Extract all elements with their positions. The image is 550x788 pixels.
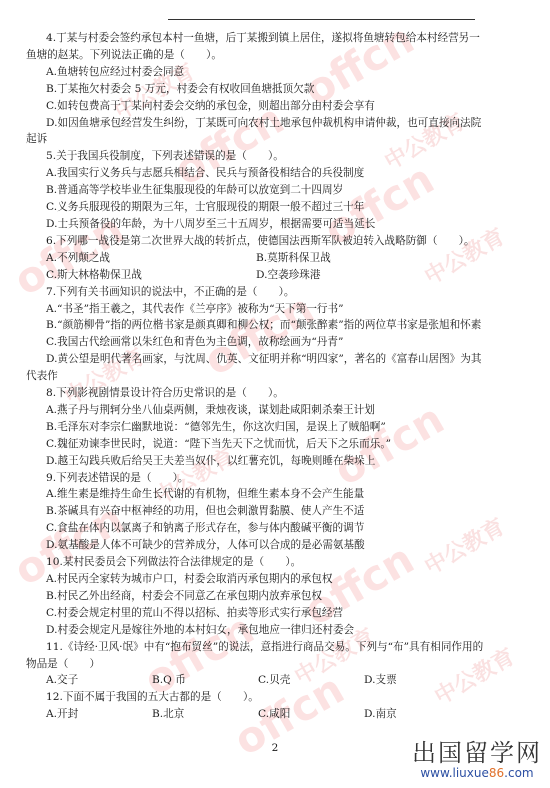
option-d: D.空袭珍珠港 [256,267,466,284]
question-11: 11.《诗经·卫风·氓》中有“抱布贸丝”的说法，意指进行商品交易。下列与“布”具… [26,639,484,690]
option-a: A.开封 [46,706,152,723]
option-b: B.北京 [152,706,258,723]
option-b: B.村民乙外出经商，村委会不同意乙在承包期内放弃承包权 [26,588,484,605]
option-d: D.氨基酸是人体不可缺少的营养成分，人体可以合成的是必需氨基酸 [26,537,484,554]
site-logo[interactable]: 出国留学网 www.liuxue86.com [412,740,542,780]
option-c: C.食盐在体内以氯离子和钠离子形式存在，参与体内酸碱平衡的调节 [26,520,484,537]
question-stem: 12.下面不属于我国的五大古都的是（ ）。 [26,689,484,706]
option-b: B.“颜筋柳骨”指的两位楷书家是颜真卿和柳公权；而“颠张醉素”指的两位草书家是张… [26,317,484,334]
option-b: B.毛泽东对李宗仁幽默地说：“德邻先生，你这次归国，是误上了贼船啊” [26,419,484,436]
question-4: 4.丁某与村委会签约承包本村一鱼塘，后丁某搬到镇上居住，遂拟将鱼塘转包给本村经营… [26,30,484,148]
option-d: D.越王勾践兵败后给吴王夫差当奴仆，以红薯充饥，每晚则睡在柴垛上 [26,453,484,470]
option-d: D.南京 [364,706,470,723]
question-8: 8.下列影视剧情景设计符合历史常识的是（ ）。 A.燕子丹与荆轲分坐八仙桌两侧，… [26,385,484,470]
logo-url: www.liuxue86.com [412,766,542,780]
question-6: 6.下列哪一战役是第二次世界大战的转折点，使德国法西斯军队被迫转入战略防御（ ）… [26,233,484,284]
option-a: A.燕子丹与荆轲分坐八仙桌两侧，秉烛夜谈，谋划赴咸阳刺杀秦王计划 [26,402,484,419]
question-stem: 5.关于我国兵役制度，下列表述错误的是（ ）。 [26,148,484,165]
question-stem: 8.下列影视剧情景设计符合历史常识的是（ ）。 [26,385,484,402]
question-12: 12.下面不属于我国的五大古都的是（ ）。 A.开封 B.北京 C.咸阳 D.南… [26,689,484,723]
question-10: 10.某村民委员会下列做法符合法律规定的是（ ）。 A.村民丙全家转为城市户口，… [26,554,484,639]
option-d: D.士兵预备役的年龄，为十八周岁至三十五周岁，根据需要可适当延长 [26,216,484,233]
question-stem: 4.丁某与村委会签约承包本村一鱼塘，后丁某搬到镇上居住，遂拟将鱼塘转包给本村经营… [26,30,484,64]
question-stem: 10.某村民委员会下列做法符合法律规定的是（ ）。 [26,554,484,571]
question-stem: 6.下列哪一战役是第二次世界大战的转折点，使德国法西斯军队被迫转入战略防御（ ）… [26,233,484,250]
option-b: B.莫斯科保卫战 [256,250,466,267]
option-c: C.魏征劝谏李世民时，说道：“陛下当先天下之忧而忧，后天下之乐而乐。” [26,436,484,453]
option-d: D.村委会规定凡是嫁往外地的本村妇女，承包地应一律归还村委会 [26,622,484,639]
option-b: B.茶碱具有兴奋中枢神经的功用，但也会刺激胃黏膜、使人产生不适 [26,503,484,520]
option-a: A.村民丙全家转为城市户口，村委会取消丙承包期内的承包权 [26,571,484,588]
option-a: A.不列颠之战 [46,250,256,267]
option-c: C.咸阳 [258,706,364,723]
option-b: B.普通高等学校毕业生征集服现役的年龄可以放宽到二十四周岁 [26,182,484,199]
exam-content: 4.丁某与村委会签约承包本村一鱼塘，后丁某搬到镇上居住，遂拟将鱼塘转包给本村经营… [26,30,484,723]
option-c: C.义务兵服现役的期限为三年，士官服现役的期限一般不超过三十年 [26,199,484,216]
option-d: D.黄公望是明代著名画家，与沈周、仇英、文征明并称“明四家”，著名的《富春山居图… [26,351,484,385]
option-b: B.Q 币 [152,672,258,689]
logo-title: 出国留学网 [412,740,542,766]
option-c: C.如转包费高于丁某向村委会交纳的承包金，则超出部分由村委会享有 [26,98,484,115]
question-5: 5.关于我国兵役制度，下列表述错误的是（ ）。 A.我国实行义务兵与志愿兵相结合… [26,148,484,233]
option-b: B.丁某拖欠村委会 5 万元，村委会有权收回鱼塘抵顶欠款 [26,81,484,98]
question-stem: 11.《诗经·卫风·氓》中有“抱布贸丝”的说法，意指进行商品交易。下列与“布”具… [26,639,484,673]
option-a: A.“书圣”指王羲之，其代表作《兰亭序》被称为“天下第一行书” [26,301,484,318]
option-c: C.我国古代绘画常以朱红色和青色为主色调，故称绘画为“丹青” [26,334,484,351]
question-stem: 7.下列有关书画知识的说法中，不正确的是（ ）。 [26,284,484,301]
option-d: D.如因鱼塘承包经营发生纠纷，丁某既可向农村土地承包仲裁机构申请仲裁，也可直接向… [26,115,484,149]
option-a: A.维生素是维持生命生长代谢的有机物，但维生素本身不会产生能量 [26,486,484,503]
option-c: C.斯大林格勒保卫战 [46,267,256,284]
question-9: 9.下列表述错误的是（ ）。 A.维生素是维持生命生长代谢的有机物，但维生素本身… [26,470,484,555]
option-a: A.鱼塘转包应经过村委会同意 [26,64,484,81]
option-a: A.交子 [46,672,152,689]
question-stem: 9.下列表述错误的是（ ）。 [26,470,484,487]
header-rule [168,19,475,20]
option-c: C.贝壳 [258,672,364,689]
option-d: D.支票 [364,672,470,689]
question-7: 7.下列有关书画知识的说法中，不正确的是（ ）。 A.“书圣”指王羲之，其代表作… [26,284,484,385]
option-c: C.村委会规定村里的荒山不得以招标、拍卖等形式实行承包经营 [26,605,484,622]
option-a: A.我国实行义务兵与志愿兵相结合、民兵与预备役相结合的兵役制度 [26,165,484,182]
